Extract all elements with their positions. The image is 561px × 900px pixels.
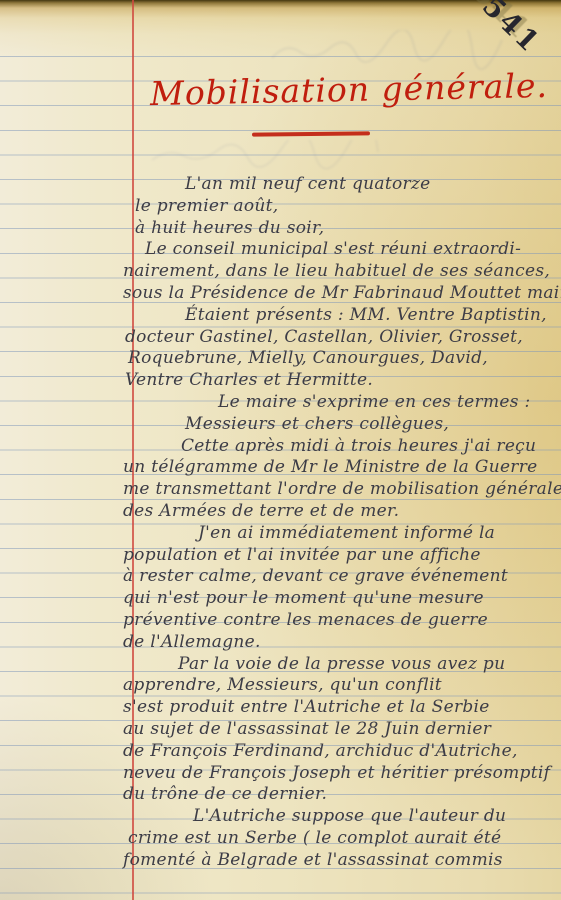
manuscript-line: J'en ai immédiatement informé la [198, 523, 495, 544]
manuscript-page: 541 Mobilisation générale. L'an mil neuf… [0, 0, 561, 900]
manuscript-line: sous la Présidence de Mr Fabrinaud Moutt… [123, 283, 561, 304]
manuscript-line: Le maire s'exprime en ces termes : [218, 392, 531, 413]
manuscript-line: Le conseil municipal s'est réuni extraor… [145, 239, 521, 260]
manuscript-line: population et l'ai invitée par une affic… [123, 545, 481, 566]
manuscript-line: du trône de ce dernier. [123, 784, 327, 805]
manuscript-line: apprendre, Messieurs, qu'un conflit [123, 675, 442, 696]
manuscript-line: Par la voie de la presse vous avez pu [178, 654, 505, 675]
manuscript-line: Messieurs et chers collègues, [185, 414, 449, 435]
manuscript-line: au sujet de l'assassinat le 28 Juin dern… [123, 719, 491, 740]
manuscript-line: le premier août, [135, 196, 278, 217]
manuscript-line: s'est produit entre l'Autriche et la Ser… [123, 697, 490, 718]
manuscript-line: Ventre Charles et Hermitte. [125, 370, 373, 391]
manuscript-line: me transmettant l'ordre de mobilisation … [123, 479, 561, 500]
manuscript-line: Étaient présents : MM. Ventre Baptistin, [185, 305, 547, 326]
manuscript-line: crime est un Serbe ( le complot aurait é… [128, 828, 501, 849]
manuscript-line: docteur Gastinel, Castellan, Olivier, Gr… [125, 327, 523, 348]
manuscript-line: L'an mil neuf cent quatorze [185, 174, 431, 195]
manuscript-line: à rester calme, devant ce grave événemen… [123, 566, 508, 587]
manuscript-line: de François Ferdinand, archiduc d'Autric… [123, 741, 518, 762]
manuscript-line: un télégramme de Mr le Ministre de la Gu… [123, 457, 538, 478]
manuscript-body: L'an mil neuf cent quatorzele premier ao… [0, 0, 561, 900]
manuscript-line: à huit heures du soir, [135, 218, 324, 239]
manuscript-line: préventive contre les menaces de guerre [123, 610, 488, 631]
manuscript-line: de l'Allemagne. [123, 632, 261, 653]
manuscript-line: Roquebrune, Mielly, Canourgues, David, [128, 348, 488, 369]
manuscript-line: Cette après midi à trois heures j'ai reç… [181, 436, 536, 457]
manuscript-line: qui n'est pour le moment qu'une mesure [123, 588, 484, 609]
manuscript-line: L'Autriche suppose que l'auteur du [193, 806, 506, 827]
manuscript-line: neveu de François Joseph et héritier pré… [123, 763, 550, 784]
manuscript-line: des Armées de terre et de mer. [123, 501, 399, 522]
manuscript-line: nairement, dans le lieu habituel de ses … [123, 261, 550, 282]
manuscript-line: fomenté à Belgrade et l'assassinat commi… [123, 850, 503, 871]
